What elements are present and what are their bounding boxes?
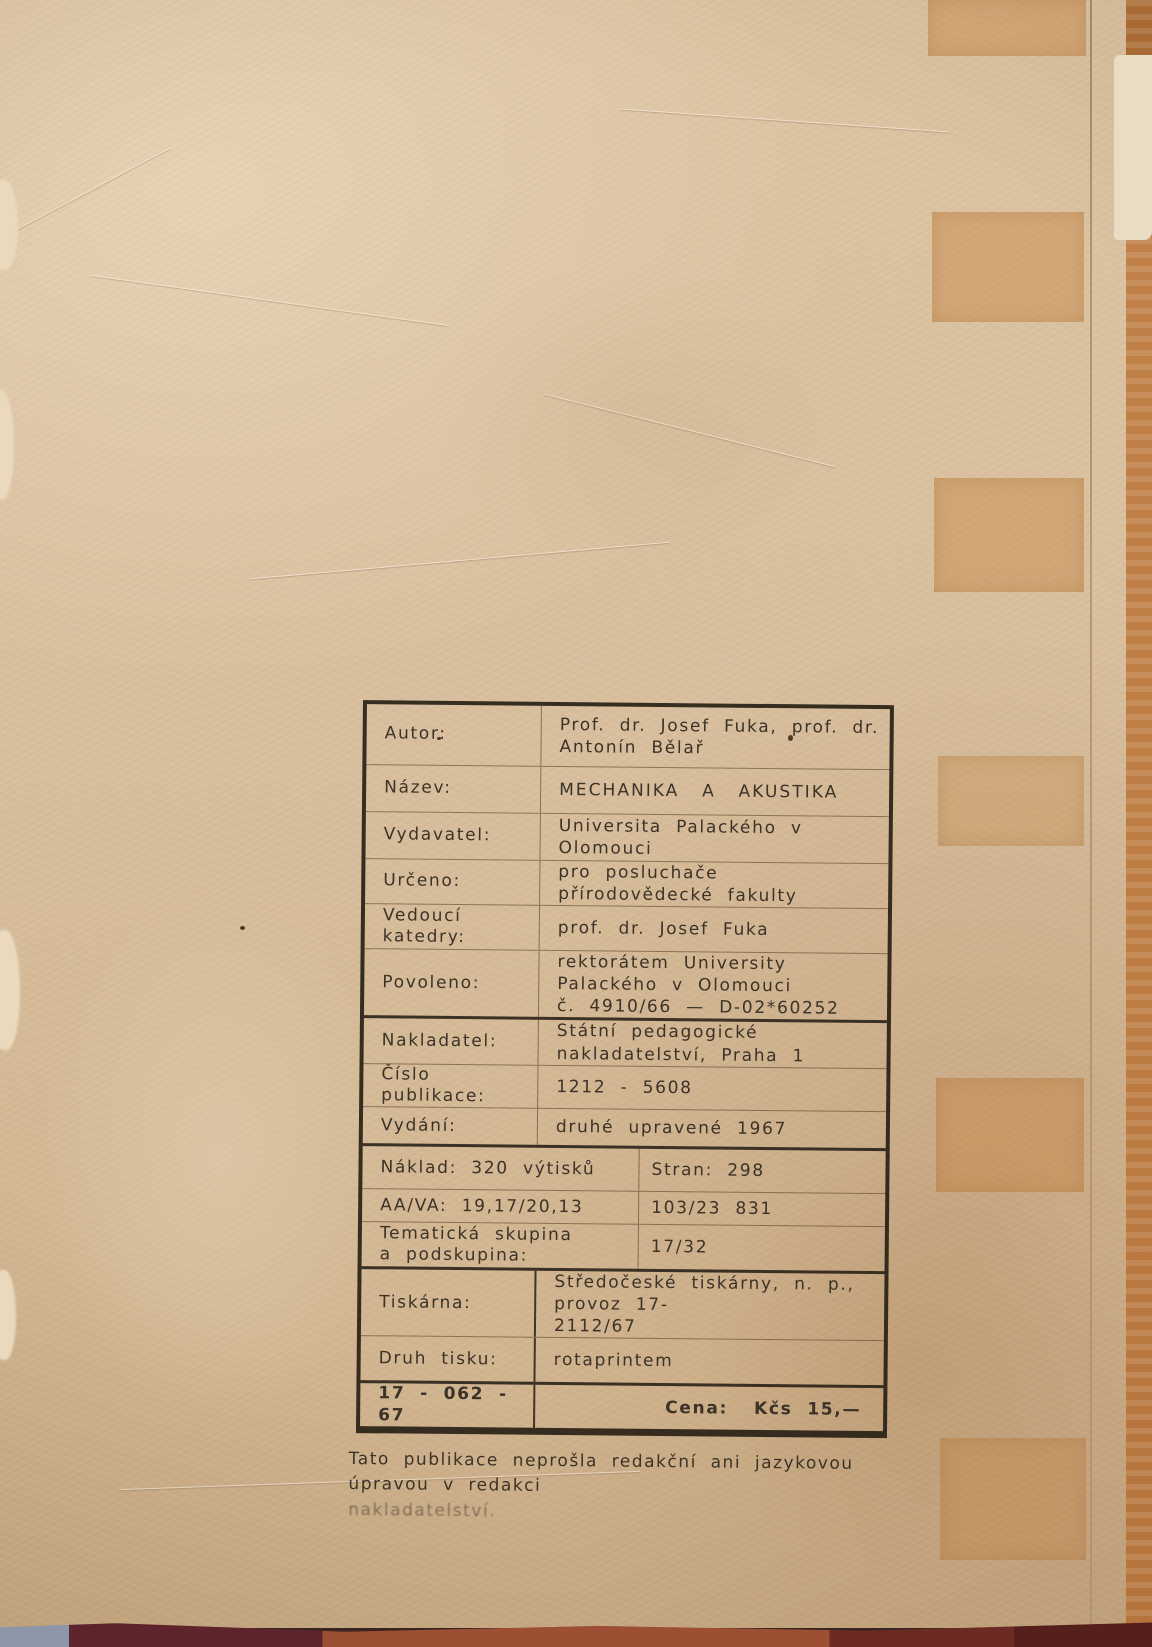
tape-patch <box>938 756 1084 846</box>
colophon-value: prof. dr. Josef Fuka <box>540 917 888 942</box>
colophon-row-vedouci: Vedoucí katedry: prof. dr. Josef Fuka <box>365 903 888 953</box>
colophon-label: Vedoucí katedry: <box>365 904 540 950</box>
colophon-value: rotaprintem <box>536 1349 884 1374</box>
tape-patch <box>934 478 1084 592</box>
colophon-value: Státní pedagogické nakladatelství, Praha… <box>539 1020 887 1068</box>
colophon-row-naklad: Náklad: 320 výtisků Stran: 298 <box>362 1146 885 1193</box>
cover-crease-line <box>1090 0 1092 1628</box>
publication-code: 17 - 062 - 67 <box>360 1384 535 1428</box>
colophon-label: Druh tisku: <box>360 1337 535 1383</box>
ink-speck <box>240 926 245 930</box>
colophon-label: Název: <box>366 765 541 813</box>
colophon-label: Nakladatel: <box>364 1019 539 1065</box>
colophon-row-cislo-publikace: Číslo publikace: 1212 - 5608 <box>363 1063 886 1112</box>
colophon-value: MECHANIKA A AKUSTIKA <box>541 779 889 804</box>
colophon-row-nazev: Název: MECHANIKA A AKUSTIKA <box>366 764 889 816</box>
colophon-row-urceno: Určeno: pro posluchače přírodovědecké fa… <box>365 858 888 908</box>
colophon-section-3: Náklad: 320 výtisků Stran: 298 AA/VA: 19… <box>362 1143 886 1271</box>
colophon-row-vydani: Vydání: druhé upravené 1967 <box>363 1106 886 1148</box>
price-cell: Cena: Kčs 15,— <box>535 1396 883 1419</box>
colophon-value: pro posluchače přírodovědecké fakulty <box>540 861 888 909</box>
worn-edge-highlight <box>1114 55 1152 240</box>
tape-patch <box>936 1078 1084 1192</box>
footnote: Tato publikace neprošla redakční ani jaz… <box>348 1447 894 1529</box>
colophon-value: 103/23 831 <box>639 1197 885 1221</box>
colophon-row-nakladatel: Nakladatel: Státní pedagogické nakladate… <box>364 1019 887 1068</box>
colophon-row-code-price: 17 - 062 - 67 Cena: Kčs 15,— <box>360 1384 883 1432</box>
taped-spine-edge <box>1126 0 1152 1628</box>
tape-patch <box>940 1438 1086 1560</box>
colophon-row-povoleno: Povoleno: rektorátem University Palackéh… <box>364 948 888 1020</box>
colophon-label: Povoleno: <box>364 949 540 1017</box>
colophon-row-autor: Autor: Prof. dr. Josef Fuka, prof. dr. A… <box>366 704 890 769</box>
colophon-value: 1212 - 5608 <box>538 1076 886 1101</box>
colophon-row-aava: AA/VA: 19,17/20,13 103/23 831 <box>362 1188 885 1226</box>
price-label: Cena: <box>665 1398 728 1419</box>
colophon-label: Určeno: <box>365 859 540 905</box>
colophon-label: Autor: <box>366 704 542 766</box>
colophon-label: Tiskárna: <box>361 1269 537 1337</box>
colophon-section-1: Autor: Prof. dr. Josef Fuka, prof. dr. A… <box>364 704 890 1020</box>
colophon-value: Stran: 298 <box>639 1159 885 1183</box>
colophon-row-tematicka-skupina: Tematická skupina a podskupina: 17/32 <box>362 1221 885 1271</box>
colophon-row-vydavatel: Vydavatel: Universita Palackého v Olomou… <box>365 811 888 863</box>
colophon-block: Autor: Prof. dr. Josef Fuka, prof. dr. A… <box>344 700 912 1529</box>
colophon-row-tiskarna: Tiskárna: Středočeské tiskárny, n. p., p… <box>361 1269 885 1340</box>
tape-patch <box>932 212 1084 322</box>
book-back-cover: { "colors": { "paper": "#d8be9d", "ink":… <box>0 0 1152 1647</box>
colophon-label: Číslo publikace: <box>363 1064 538 1108</box>
colophon-label: Vydavatel: <box>365 812 540 860</box>
colophon-value: Středočeské tiskárny, n. p., provoz 17- … <box>536 1271 885 1341</box>
colophon-section-5: 17 - 062 - 67 Cena: Kčs 15,— <box>360 1381 883 1432</box>
tape-patch <box>928 0 1086 56</box>
colophon-value: 17/32 <box>639 1236 885 1260</box>
footnote-line-2: nakladatelství. <box>348 1498 893 1529</box>
colophon-value: Universita Palackého v Olomouci <box>540 815 888 863</box>
colophon-label: Tematická skupina a podskupina: <box>362 1222 639 1269</box>
colophon-section-2: Nakladatel: Státní pedagogické nakladate… <box>363 1016 887 1149</box>
price-value: Kčs 15,— <box>754 1399 861 1420</box>
colophon-label: AA/VA: 19,17/20,13 <box>362 1189 639 1224</box>
colophon-row-druh-tisku: Druh tisku: rotaprintem <box>360 1336 883 1386</box>
colophon-value: druhé upravené 1967 <box>538 1116 886 1141</box>
footnote-line-1: Tato publikace neprošla redakční ani jaz… <box>348 1447 893 1503</box>
colophon-value: Prof. dr. Josef Fuka, prof. dr. Antonín … <box>541 714 889 762</box>
colophon-table: Autor: Prof. dr. Josef Fuka, prof. dr. A… <box>356 700 894 1438</box>
colophon-section-4: Tiskárna: Středočeské tiskárny, n. p., p… <box>360 1266 884 1385</box>
colophon-value: rektorátem University Palackého v Olomou… <box>539 951 888 1021</box>
colophon-label: Vydání: <box>363 1107 538 1145</box>
colophon-label: Náklad: 320 výtisků <box>362 1146 639 1191</box>
